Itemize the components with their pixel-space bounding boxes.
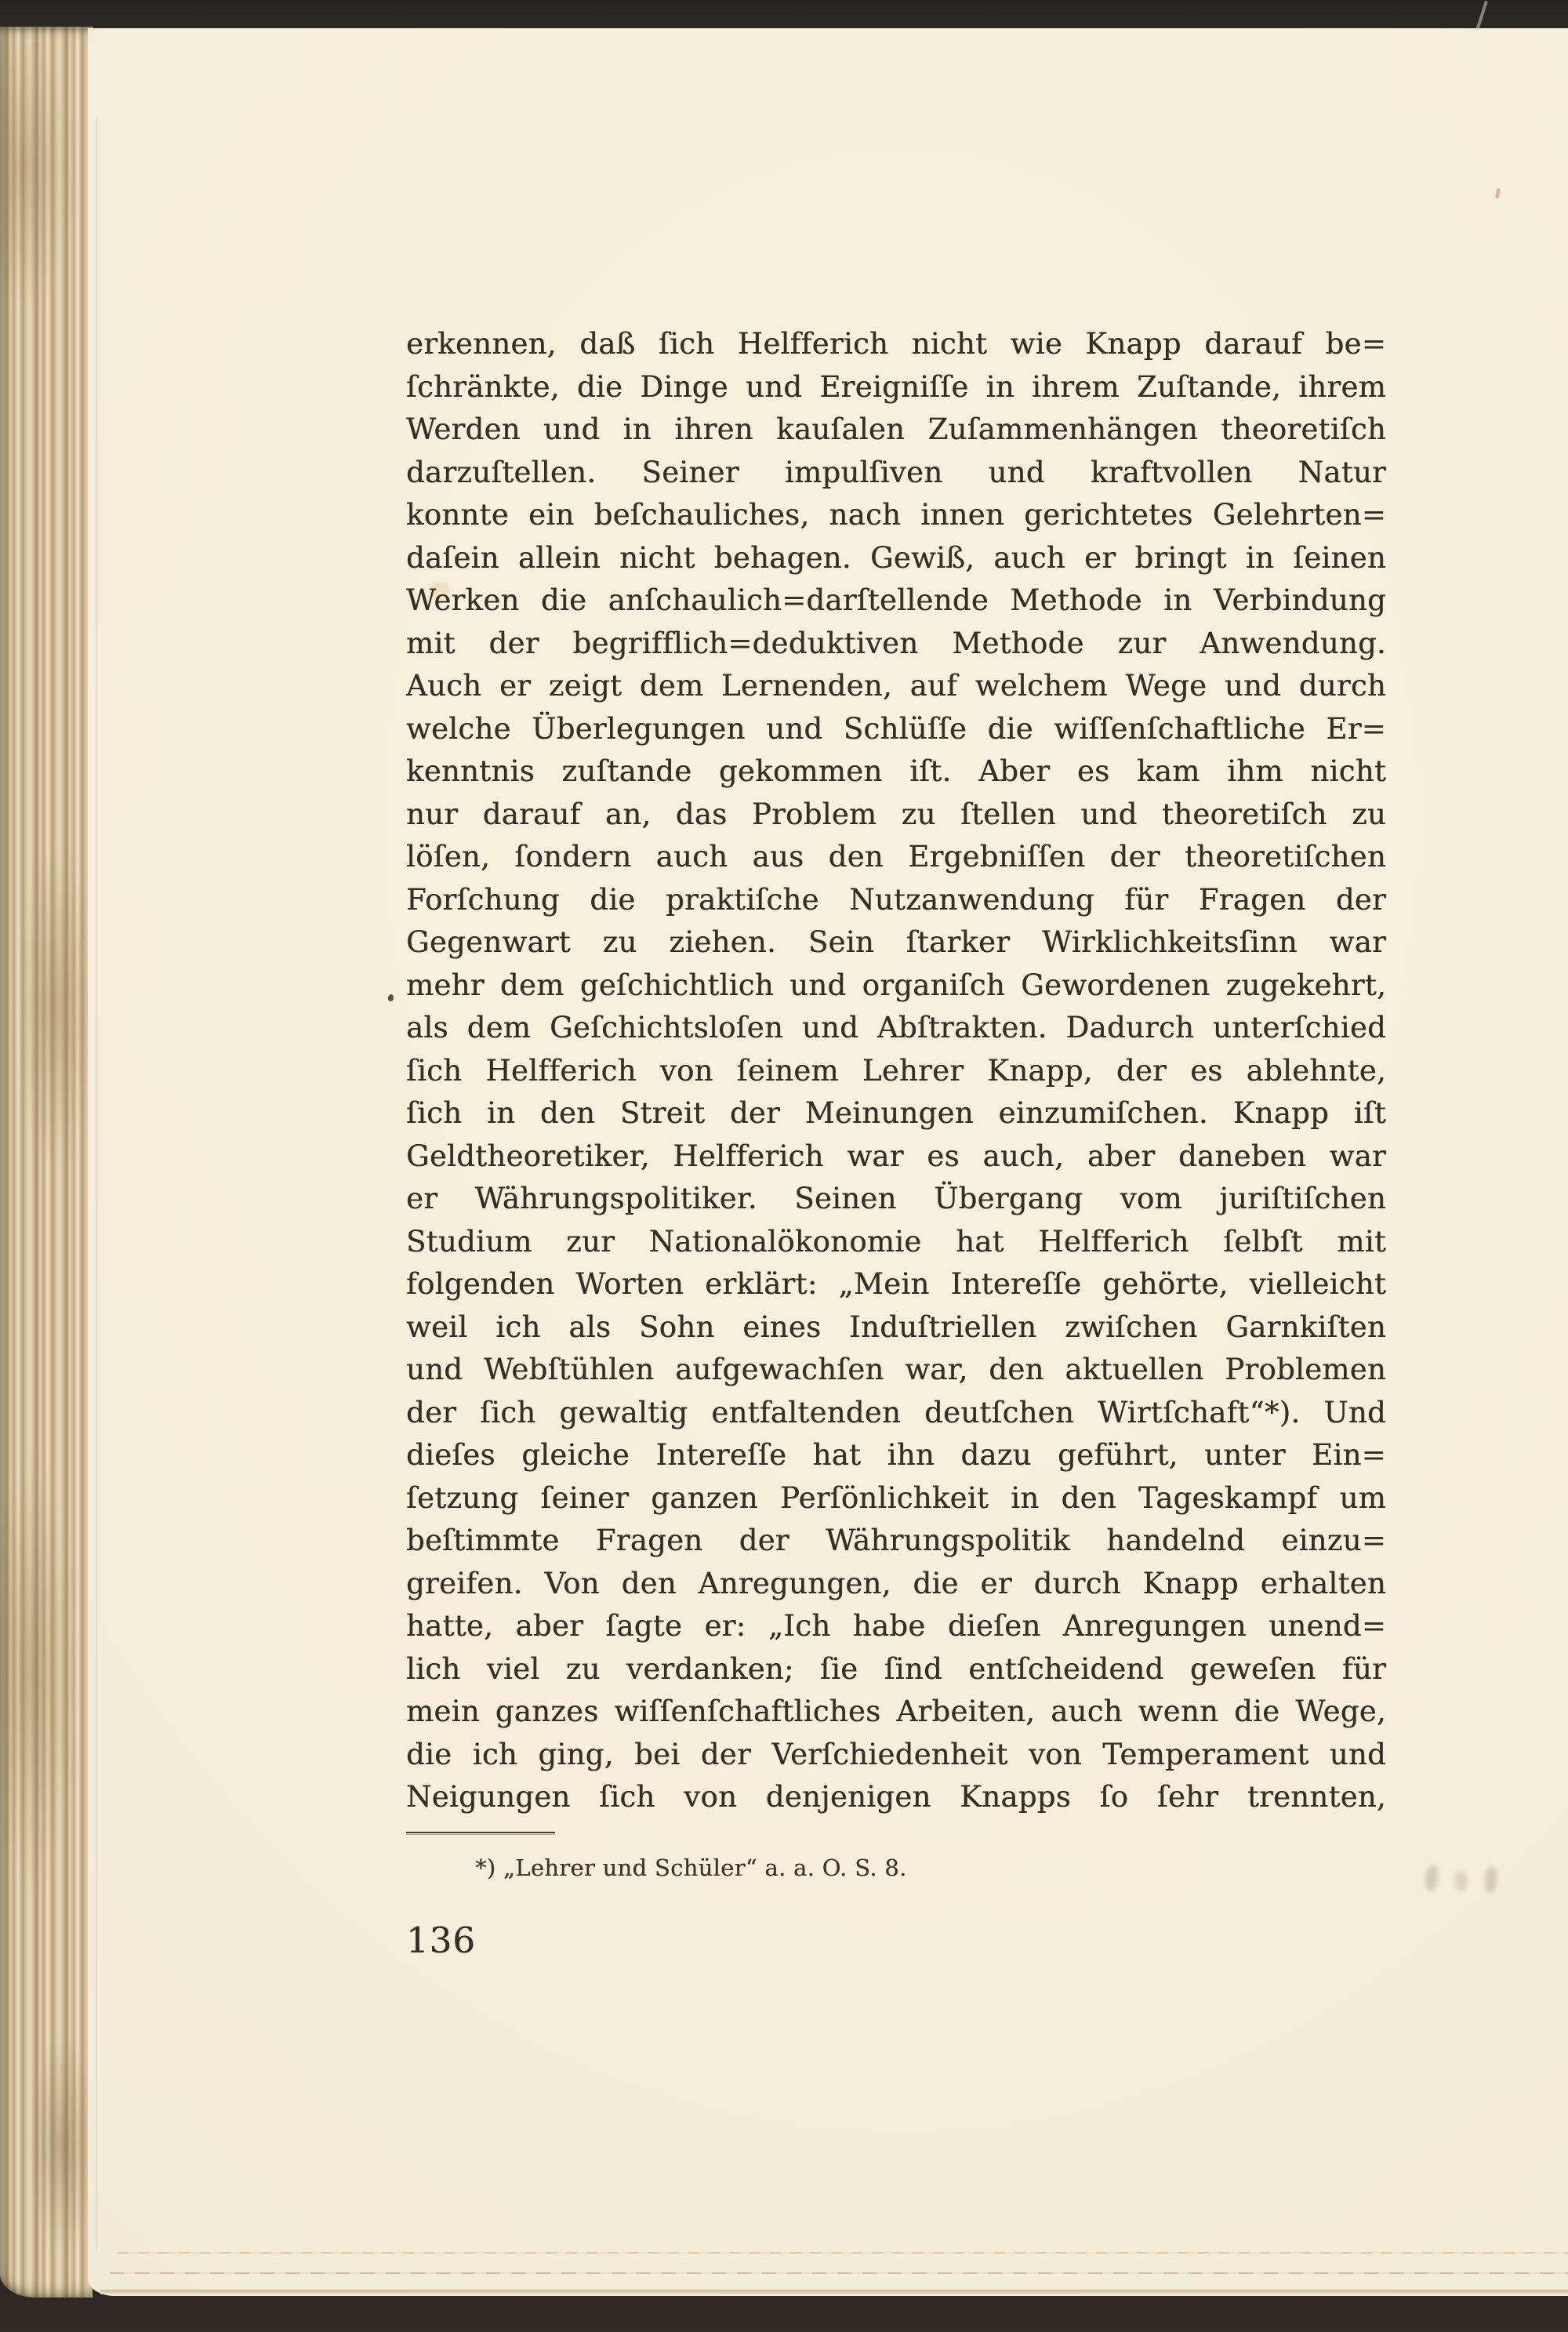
page-edge-line	[110, 2272, 1568, 2274]
body-text-line: der ſich gewaltig entfaltenden deutſchen…	[406, 1392, 1386, 1435]
body-text-line: Auch er zeigt dem Lernenden, auf welchem…	[406, 665, 1386, 708]
body-text-line: ſich in den Streit der Meinungen einzumi…	[406, 1092, 1386, 1135]
body-text-line: Geldtheoretiker, Helfferich war es auch,…	[406, 1135, 1386, 1179]
body-text-line: hatte, aber ſagte er: „Ich habe dieſen A…	[406, 1605, 1386, 1648]
book-fore-edge	[0, 27, 93, 2297]
body-text-line: Werken die anſchaulich=darſtellende Meth…	[406, 579, 1386, 623]
body-text-line: als dem Geſchichtsloſen und Abſtrakten. …	[406, 1007, 1386, 1050]
body-text-line: lich viel zu verdanken; ſie ſind entſche…	[406, 1648, 1386, 1691]
body-text-line: Gegenwart zu ziehen. Sein ſtarker Wirkli…	[406, 921, 1386, 964]
body-text-line: Studium zur Nationalökonomie hat Helffer…	[406, 1221, 1386, 1264]
body-text-line: ſich Helfferich von ſeinem Lehrer Knapp,…	[406, 1050, 1386, 1093]
body-text-line: daſein allein nicht behagen. Gewiß, auch…	[406, 537, 1386, 580]
body-text-line: folgenden Worten erklärt: „Mein Intereſſ…	[406, 1263, 1386, 1306]
body-text-line: mit der begrifflich=deduktiven Methode z…	[406, 623, 1386, 666]
body-text-line: darzuſtellen. Seiner impulſiven und kraf…	[406, 452, 1386, 495]
body-text-line: mehr dem geſchichtlich und organiſch Gew…	[406, 964, 1386, 1008]
body-text-line: mein ganzes wiſſenſchaftliches Arbeiten,…	[406, 1691, 1386, 1734]
body-text-line: Forſchung die praktiſche Nutzanwendung f…	[406, 879, 1386, 922]
body-text-line: und Webſtühlen aufgewachſen war, den akt…	[406, 1349, 1386, 1392]
body-text-line: dieſes gleiche Intereſſe hat ihn dazu ge…	[406, 1434, 1386, 1477]
body-text-line: löſen, ſondern auch aus den Ergebniſſen …	[406, 836, 1386, 879]
body-text-line: erkennen, daß ſich Helfferich nicht wie …	[406, 323, 1386, 366]
photo-background-bottom	[0, 2294, 1568, 2332]
body-text-line: Werden und in ihren kauſalen Zuſammenhän…	[406, 409, 1386, 452]
body-text-line: weil ich als Sohn eines Induſtriellen zw…	[406, 1306, 1386, 1349]
body-text-line: er Währungspolitiker. Seinen Übergang vo…	[406, 1178, 1386, 1221]
body-text-line: die ich ging, bei der Verſchiedenheit vo…	[406, 1734, 1386, 1777]
body-text-block: erkennen, daß ſich Helfferich nicht wie …	[406, 323, 1386, 1819]
page-left-crease	[96, 118, 97, 2250]
body-text-line: kenntnis zuſtande gekommen iſt. Aber es …	[406, 750, 1386, 794]
page-edge-line	[118, 2252, 1568, 2254]
body-text-line: greifen. Von den Anregungen, die er durc…	[406, 1563, 1386, 1606]
body-text-line: nur darauf an, das Problem zu ſtellen un…	[406, 794, 1386, 837]
body-text-line: ſetzung ſeiner ganzen Perſönlichkeit in …	[406, 1477, 1386, 1520]
page-number: 136	[406, 1920, 476, 1961]
footnote-separator	[406, 1832, 555, 1836]
body-text-line: Neigungen ſich von denjenigen Knapps ſo …	[406, 1776, 1386, 1819]
photo-background-top	[0, 0, 1568, 30]
page-bottom-edge-highlight	[100, 2290, 1568, 2294]
body-text-line: ſchränkte, die Dinge und Ereigniſſe in i…	[406, 366, 1386, 409]
footnote-text: *) „Lehrer und Schüler“ a. a. O. S. 8.	[406, 1854, 1386, 1883]
body-text-line: konnte ein beſchauliches, nach innen ger…	[406, 494, 1386, 537]
photographed-book-page: { "book_page": { "page_number": "136", "…	[0, 0, 1568, 2332]
body-text-line: welche Überlegungen und Schlüſſe die wiſ…	[406, 708, 1386, 751]
body-text-line: beſtimmte Fragen der Währungspolitik han…	[406, 1520, 1386, 1563]
